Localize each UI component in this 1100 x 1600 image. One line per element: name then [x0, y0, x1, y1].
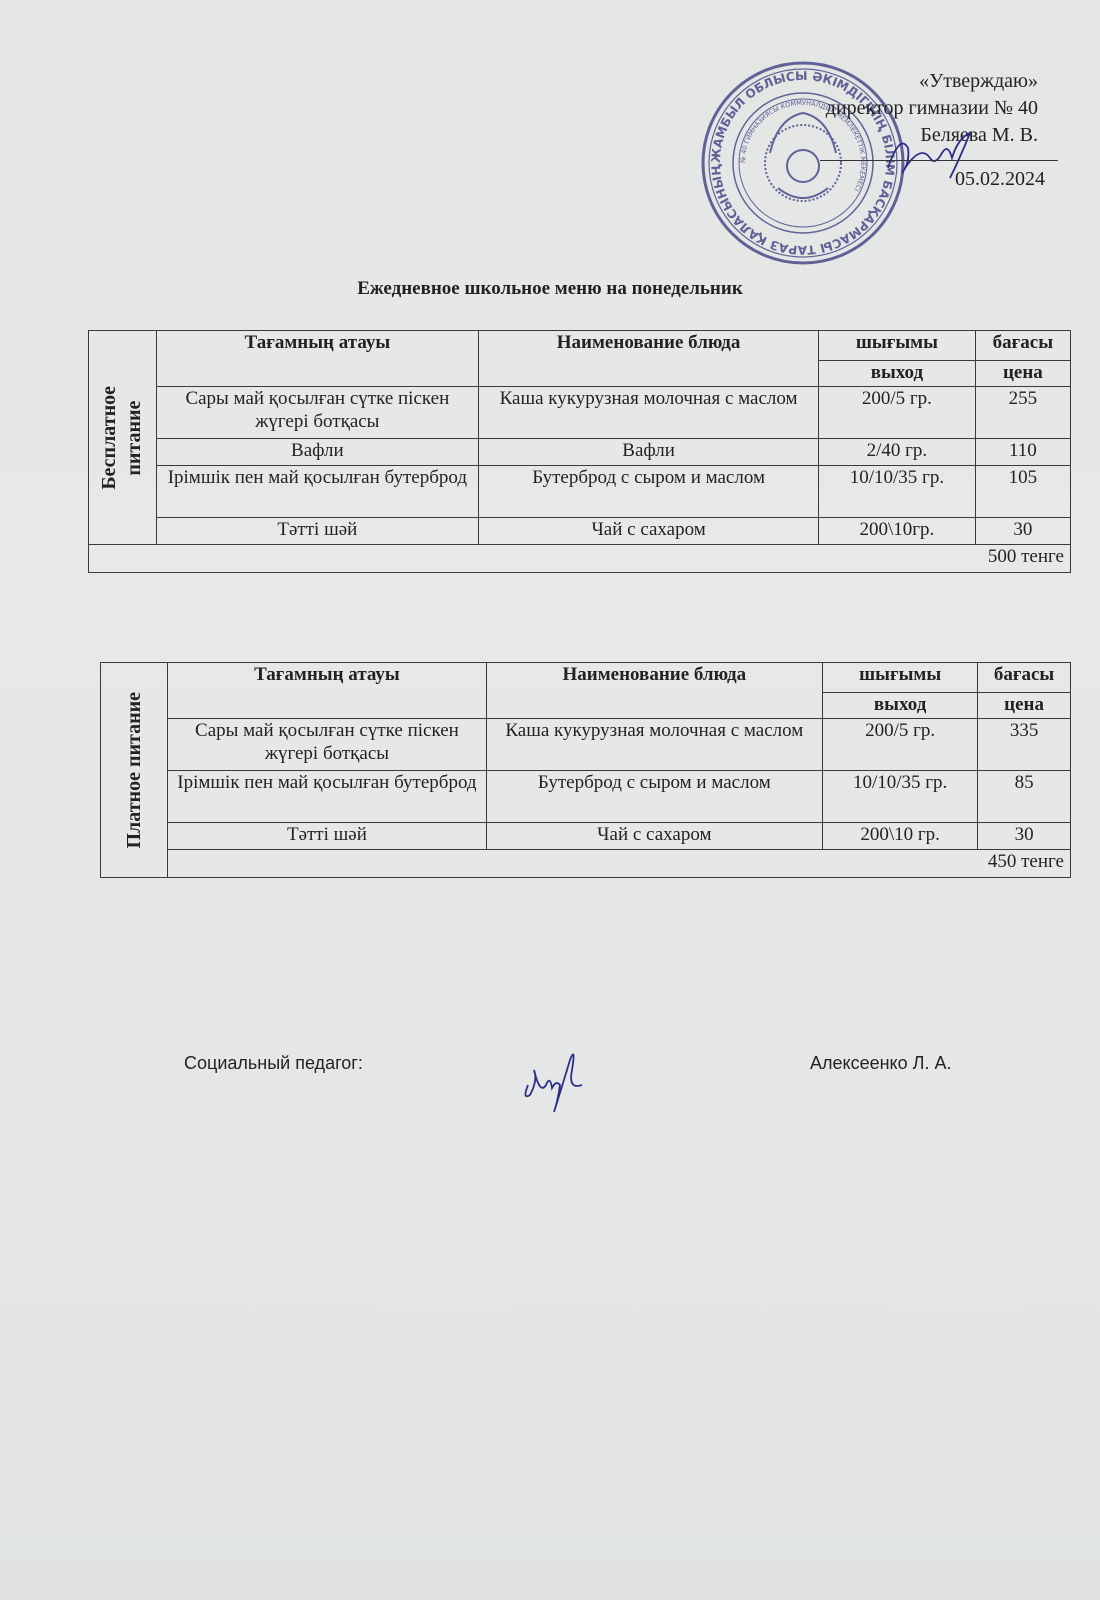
- table-row: Вафли Вафли 2/40 гр. 110: [89, 439, 1071, 466]
- dish-name-kaz: Ірімшік пен май қосылған бутерброд: [156, 466, 479, 518]
- approver-position: директор гимназии № 40: [826, 95, 1038, 122]
- dish-name-rus: Чай с сахаром: [486, 823, 823, 850]
- dish-yield: 2/40 гр.: [819, 439, 976, 466]
- paid-meal-table: Платное питание Тағамның атауы Наименова…: [100, 662, 1071, 878]
- table-row: Сары май қосылған сүтке піскен жүгері бо…: [89, 387, 1071, 439]
- dish-yield: 200\10 гр.: [823, 823, 978, 850]
- table-row: Тәтті шәй Чай с сахаром 200\10гр. 30: [89, 518, 1071, 545]
- col-header-price-kz: бағасы: [975, 331, 1070, 361]
- dish-name-kaz: Вафли: [156, 439, 479, 466]
- signature-line: [820, 160, 1058, 161]
- pedagogue-signature-icon: [520, 1040, 590, 1120]
- dish-price: 335: [978, 719, 1071, 771]
- paid-meal-side-label: Платное питание: [101, 663, 168, 878]
- paid-meal-total: 450 тенге: [168, 850, 1071, 878]
- col-header-price-ru: цена: [975, 361, 1070, 387]
- dish-name-rus: Бутерброд с сыром и маслом: [479, 466, 819, 518]
- col-header-yield-kz: шығымы: [823, 663, 978, 693]
- dish-price: 110: [975, 439, 1070, 466]
- dish-name-kaz: Сары май қосылған сүтке піскен жүгері бо…: [156, 387, 479, 439]
- dish-name-rus: Вафли: [479, 439, 819, 466]
- dish-price: 30: [975, 518, 1070, 545]
- dish-name-kaz: Сары май қосылған сүтке піскен жүгері бо…: [168, 719, 486, 771]
- dish-yield: 200\10гр.: [819, 518, 976, 545]
- dish-name-rus: Каша кукурузная молочная с маслом: [486, 719, 823, 771]
- footer-role: Социальный педагог:: [184, 1053, 363, 1074]
- col-header-yield-ru: выход: [819, 361, 976, 387]
- dish-price: 30: [978, 823, 1071, 850]
- col-header-price-ru: цена: [978, 693, 1071, 719]
- approval-date: 05.02.2024: [955, 168, 1045, 191]
- table-row: Тәтті шәй Чай с сахаром 200\10 гр. 30: [101, 823, 1071, 850]
- dish-name-kaz: Тәтті шәй: [168, 823, 486, 850]
- col-header-rus-name: Наименование блюда: [479, 331, 819, 387]
- free-meal-total: 500 тенге: [89, 545, 1071, 573]
- footer-name: Алексеенко Л. А.: [810, 1053, 951, 1074]
- dish-price: 255: [975, 387, 1070, 439]
- dish-price: 105: [975, 466, 1070, 518]
- table-row: Ірімшік пен май қосылған бутерброд Бутер…: [101, 771, 1071, 823]
- dish-name-rus: Бутерброд с сыром и маслом: [486, 771, 823, 823]
- dish-yield: 200/5 гр.: [823, 719, 978, 771]
- free-meal-table: Бесплатноепитание Тағамның атауы Наимено…: [88, 330, 1071, 573]
- col-header-rus-name: Наименование блюда: [486, 663, 823, 719]
- col-header-yield-ru: выход: [823, 693, 978, 719]
- approval-heading: «Утверждаю»: [826, 68, 1038, 95]
- dish-price: 85: [978, 771, 1071, 823]
- table-row: Ірімшік пен май қосылған бутерброд Бутер…: [89, 466, 1071, 518]
- col-header-kaz-name: Тағамның атауы: [156, 331, 479, 387]
- col-header-price-kz: бағасы: [978, 663, 1071, 693]
- free-meal-side-label: Бесплатноепитание: [89, 331, 157, 545]
- dish-name-kaz: Тәтті шәй: [156, 518, 479, 545]
- dish-name-rus: Чай с сахаром: [479, 518, 819, 545]
- dish-yield: 10/10/35 гр.: [823, 771, 978, 823]
- dish-name-kaz: Ірімшік пен май қосылған бутерброд: [168, 771, 486, 823]
- dish-yield: 10/10/35 гр.: [819, 466, 976, 518]
- dish-yield: 200/5 гр.: [819, 387, 976, 439]
- dish-name-rus: Каша кукурузная молочная с маслом: [479, 387, 819, 439]
- col-header-kaz-name: Тағамның атауы: [168, 663, 486, 719]
- col-header-yield-kz: шығымы: [819, 331, 976, 361]
- page-title: Ежедневное школьное меню на понедельник: [0, 278, 1100, 300]
- table-row: Сары май қосылған сүтке піскен жүгері бо…: [101, 719, 1071, 771]
